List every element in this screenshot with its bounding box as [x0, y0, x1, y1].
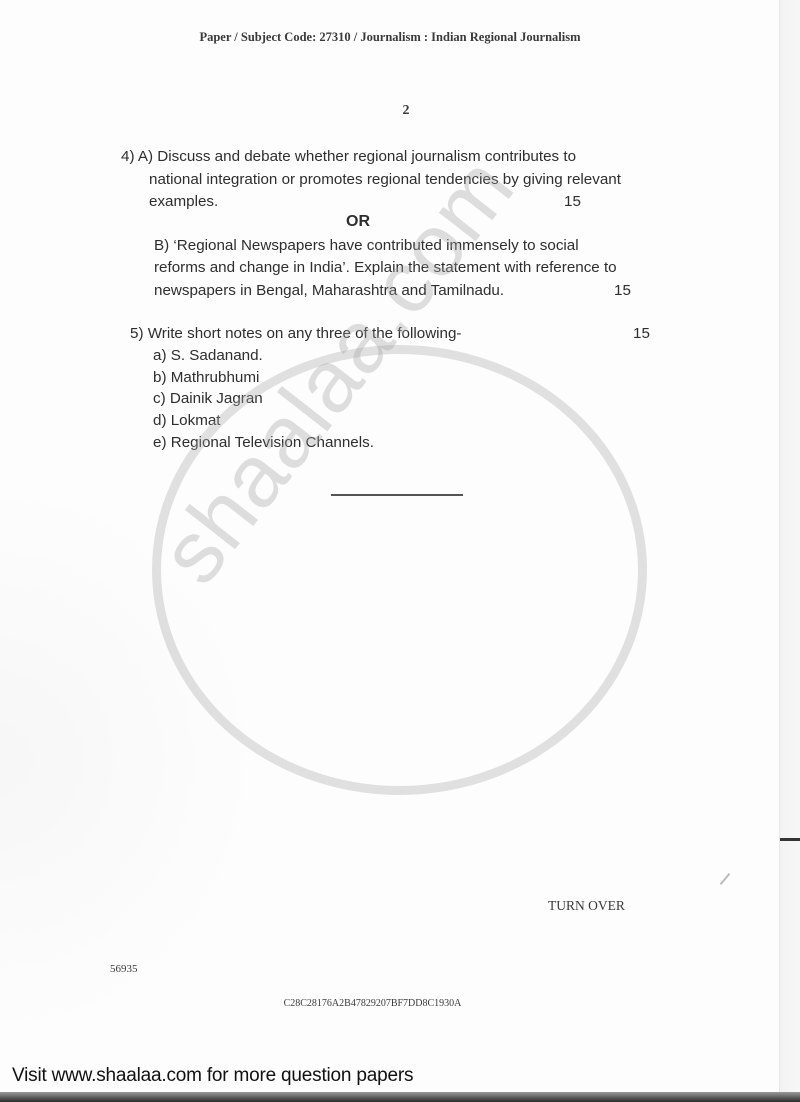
paper-code-number: 56935: [110, 963, 138, 975]
q4a-marks: 15: [564, 194, 581, 209]
q5-item-a: a) S. Sadanand.: [153, 348, 263, 363]
scan-edge-mark: [780, 838, 800, 841]
q4b-line-3: newspapers in Bengal, Maharashtra and Ta…: [154, 283, 504, 298]
turn-over-label: TURN OVER: [548, 898, 625, 914]
q5-item-b: b) Mathrubhumi: [153, 370, 259, 385]
q5-marks: 15: [633, 326, 650, 341]
page-number: 2: [0, 103, 800, 119]
q4a-line-2: national integration or promotes regiona…: [149, 172, 621, 187]
q5-item-d: d) Lokmat: [153, 413, 221, 428]
scan-noise: [0, 480, 260, 1040]
q4b-line-2: reforms and change in India’. Explain th…: [154, 260, 617, 275]
q4b-marks: 15: [614, 283, 631, 298]
q4b-line-1: B) ‘Regional Newspapers have contributed…: [154, 238, 579, 253]
footer-banner: Visit www.shaalaa.com for more question …: [12, 1065, 413, 1087]
q5-item-c: c) Dainik Jagran: [153, 391, 263, 406]
or-label: OR: [346, 213, 370, 231]
q5-prompt: 5) Write short notes on any three of the…: [130, 326, 462, 341]
stray-pen-mark: [720, 873, 731, 885]
end-divider-line: [331, 494, 463, 496]
q4a-line-1: 4) A) Discuss and debate whether regiona…: [121, 149, 576, 164]
q4a-line-3: examples.: [149, 194, 218, 209]
scan-bottom-shadow: [0, 1092, 800, 1102]
scan-edge-strip: [779, 0, 800, 1102]
watermark-circle: [152, 345, 647, 795]
paper-hash-code: C28C28176A2B47829207BF7DD8C1930A: [0, 998, 745, 1009]
q5-item-e: e) Regional Television Channels.: [153, 435, 374, 450]
question-paper-page: Paper / Subject Code: 27310 / Journalism…: [0, 0, 780, 1090]
paper-header: Paper / Subject Code: 27310 / Journalism…: [0, 30, 780, 45]
